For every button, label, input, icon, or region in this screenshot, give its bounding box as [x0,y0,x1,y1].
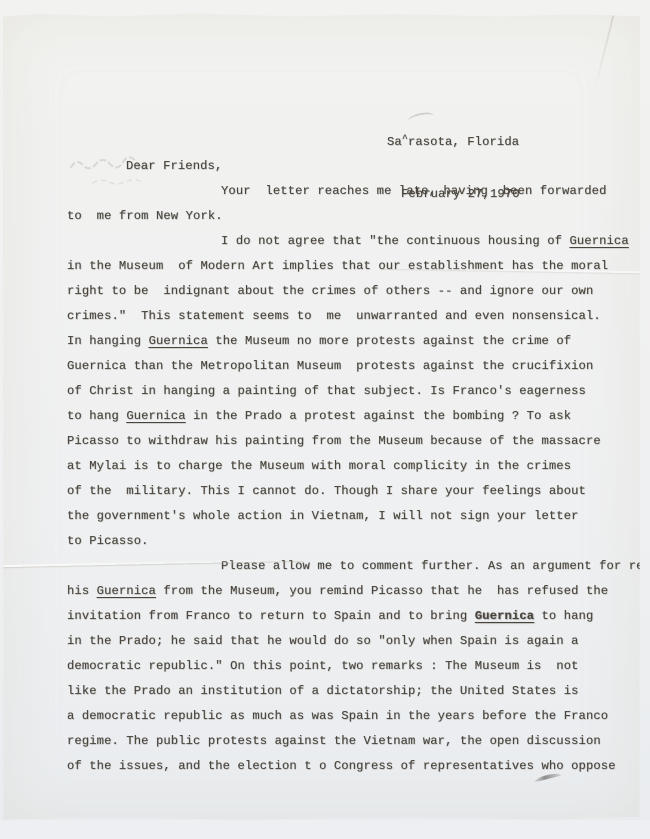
typed-text-underline: Guernica [97,584,156,598]
letter-body: Dear Friends,Your letter reaches me late… [67,154,623,779]
letter-line: to Picasso. [67,529,623,554]
letter-line: Dear Friends, [67,154,623,179]
letter-line: at Mylai is to charge the Museum with mo… [67,454,623,479]
typed-text: like the Prado an institution of a dicta… [67,684,579,698]
letter-line: In hanging Guernica the Museum no more p… [67,329,623,354]
letter-line: a democratic republic as much as was Spa… [67,704,623,729]
letter-paper: Sa^rasota, Florida February 27,1970 Dear… [3,13,640,820]
typed-text-underline: Guernica [149,334,208,348]
typed-text: to me from New York. [67,209,223,223]
typed-text: the government's whole action in Vietnam… [67,509,579,523]
place-line: Sa^rasota, Florida [387,134,520,152]
typed-text: in the Museum of Modern Art implies that… [67,259,608,273]
letter-line: to hang Guernica in the Prado a protest … [67,404,623,429]
typed-text: I do not agree that "the continuous hous… [221,234,569,248]
typed-text-caret: ^ [402,131,408,148]
typed-text: In hanging [67,334,149,348]
letter-line: of the issues, and the election t o Cong… [67,754,623,779]
typed-text: Dear Friends, [126,159,222,173]
letter-line: right to be indignant about the crimes o… [67,279,623,304]
typed-text: to hang [67,409,126,423]
typed-text: in the Prado; he said that he would do s… [67,634,579,648]
typed-text: Guernica than the Metropolitan Museum pr… [67,359,593,373]
typed-text: from the Museum, you remind Picasso that… [156,584,608,598]
letter-line: the government's whole action in Vietnam… [67,504,623,529]
typed-text: of Christ in hanging a painting of that … [67,384,586,398]
typed-text-underline: Guernica [569,234,628,248]
letter-line: to me from New York. [67,204,623,229]
typed-text: Please allow me to comment further. As a… [221,559,650,573]
typed-text: of the issues, and the election t o Cong… [67,759,616,773]
typed-text: to Picasso. [67,534,149,548]
letter-line: of the military. This I cannot do. Thoug… [67,479,623,504]
letter-line: Please allow me to comment further. As a… [67,554,623,579]
typed-text: crimes." This statement seems to me unwa… [67,309,601,323]
scan-background-strip [0,820,650,839]
typed-text-underline-bold: Guernica [475,609,534,623]
typed-text: at Mylai is to charge the Museum with mo… [67,459,571,473]
typed-text: to hang [534,609,593,623]
typed-text: Sa [387,135,402,149]
typed-text: of the military. This I cannot do. Thoug… [67,484,586,498]
letter-line: of Christ in hanging a painting of that … [67,379,623,404]
letter-line: Picasso to withdraw his painting from th… [67,429,623,454]
letter-line: regime. The public protests against the … [67,729,623,754]
typed-text: right to be indignant about the crimes o… [67,284,593,298]
letter-line: in the Prado; he said that he would do s… [67,629,623,654]
letter-line: democratic republic." On this point, two… [67,654,623,679]
letter-line: Guernica than the Metropolitan Museum pr… [67,354,623,379]
typed-text-underline: Guernica [126,409,185,423]
letter-line: Your letter reaches me late, having been… [67,179,623,204]
typed-text: his [67,584,97,598]
letter-line: in the Museum of Modern Art implies that… [67,254,623,279]
typed-text: Picasso to withdraw his painting from th… [67,434,601,448]
letter-line: crimes." This statement seems to me unwa… [67,304,623,329]
letter-line: his Guernica from the Museum, you remind… [67,579,623,604]
typed-text: the Museum no more protests against the … [208,334,571,348]
typed-text: a democratic republic as much as was Spa… [67,709,608,723]
letter-line: like the Prado an institution of a dicta… [67,679,623,704]
typed-text: democratic republic." On this point, two… [67,659,579,673]
paper-crease-corner [593,14,614,92]
scanned-letter-page: { "page": { "background_color": "#eff0f1… [0,0,650,839]
typed-text: rasota, Florida [408,135,519,149]
typed-text: invitation from Franco to return to Spai… [67,609,475,623]
typed-text: Your letter reaches me late, having been… [221,184,607,198]
typed-text: in the Prado a protest against the bombi… [186,409,572,423]
typed-text: regime. The public protests against the … [67,734,601,748]
letter-line: invitation from Franco to return to Spai… [67,604,623,629]
letter-line: I do not agree that "the continuous hous… [67,229,623,254]
